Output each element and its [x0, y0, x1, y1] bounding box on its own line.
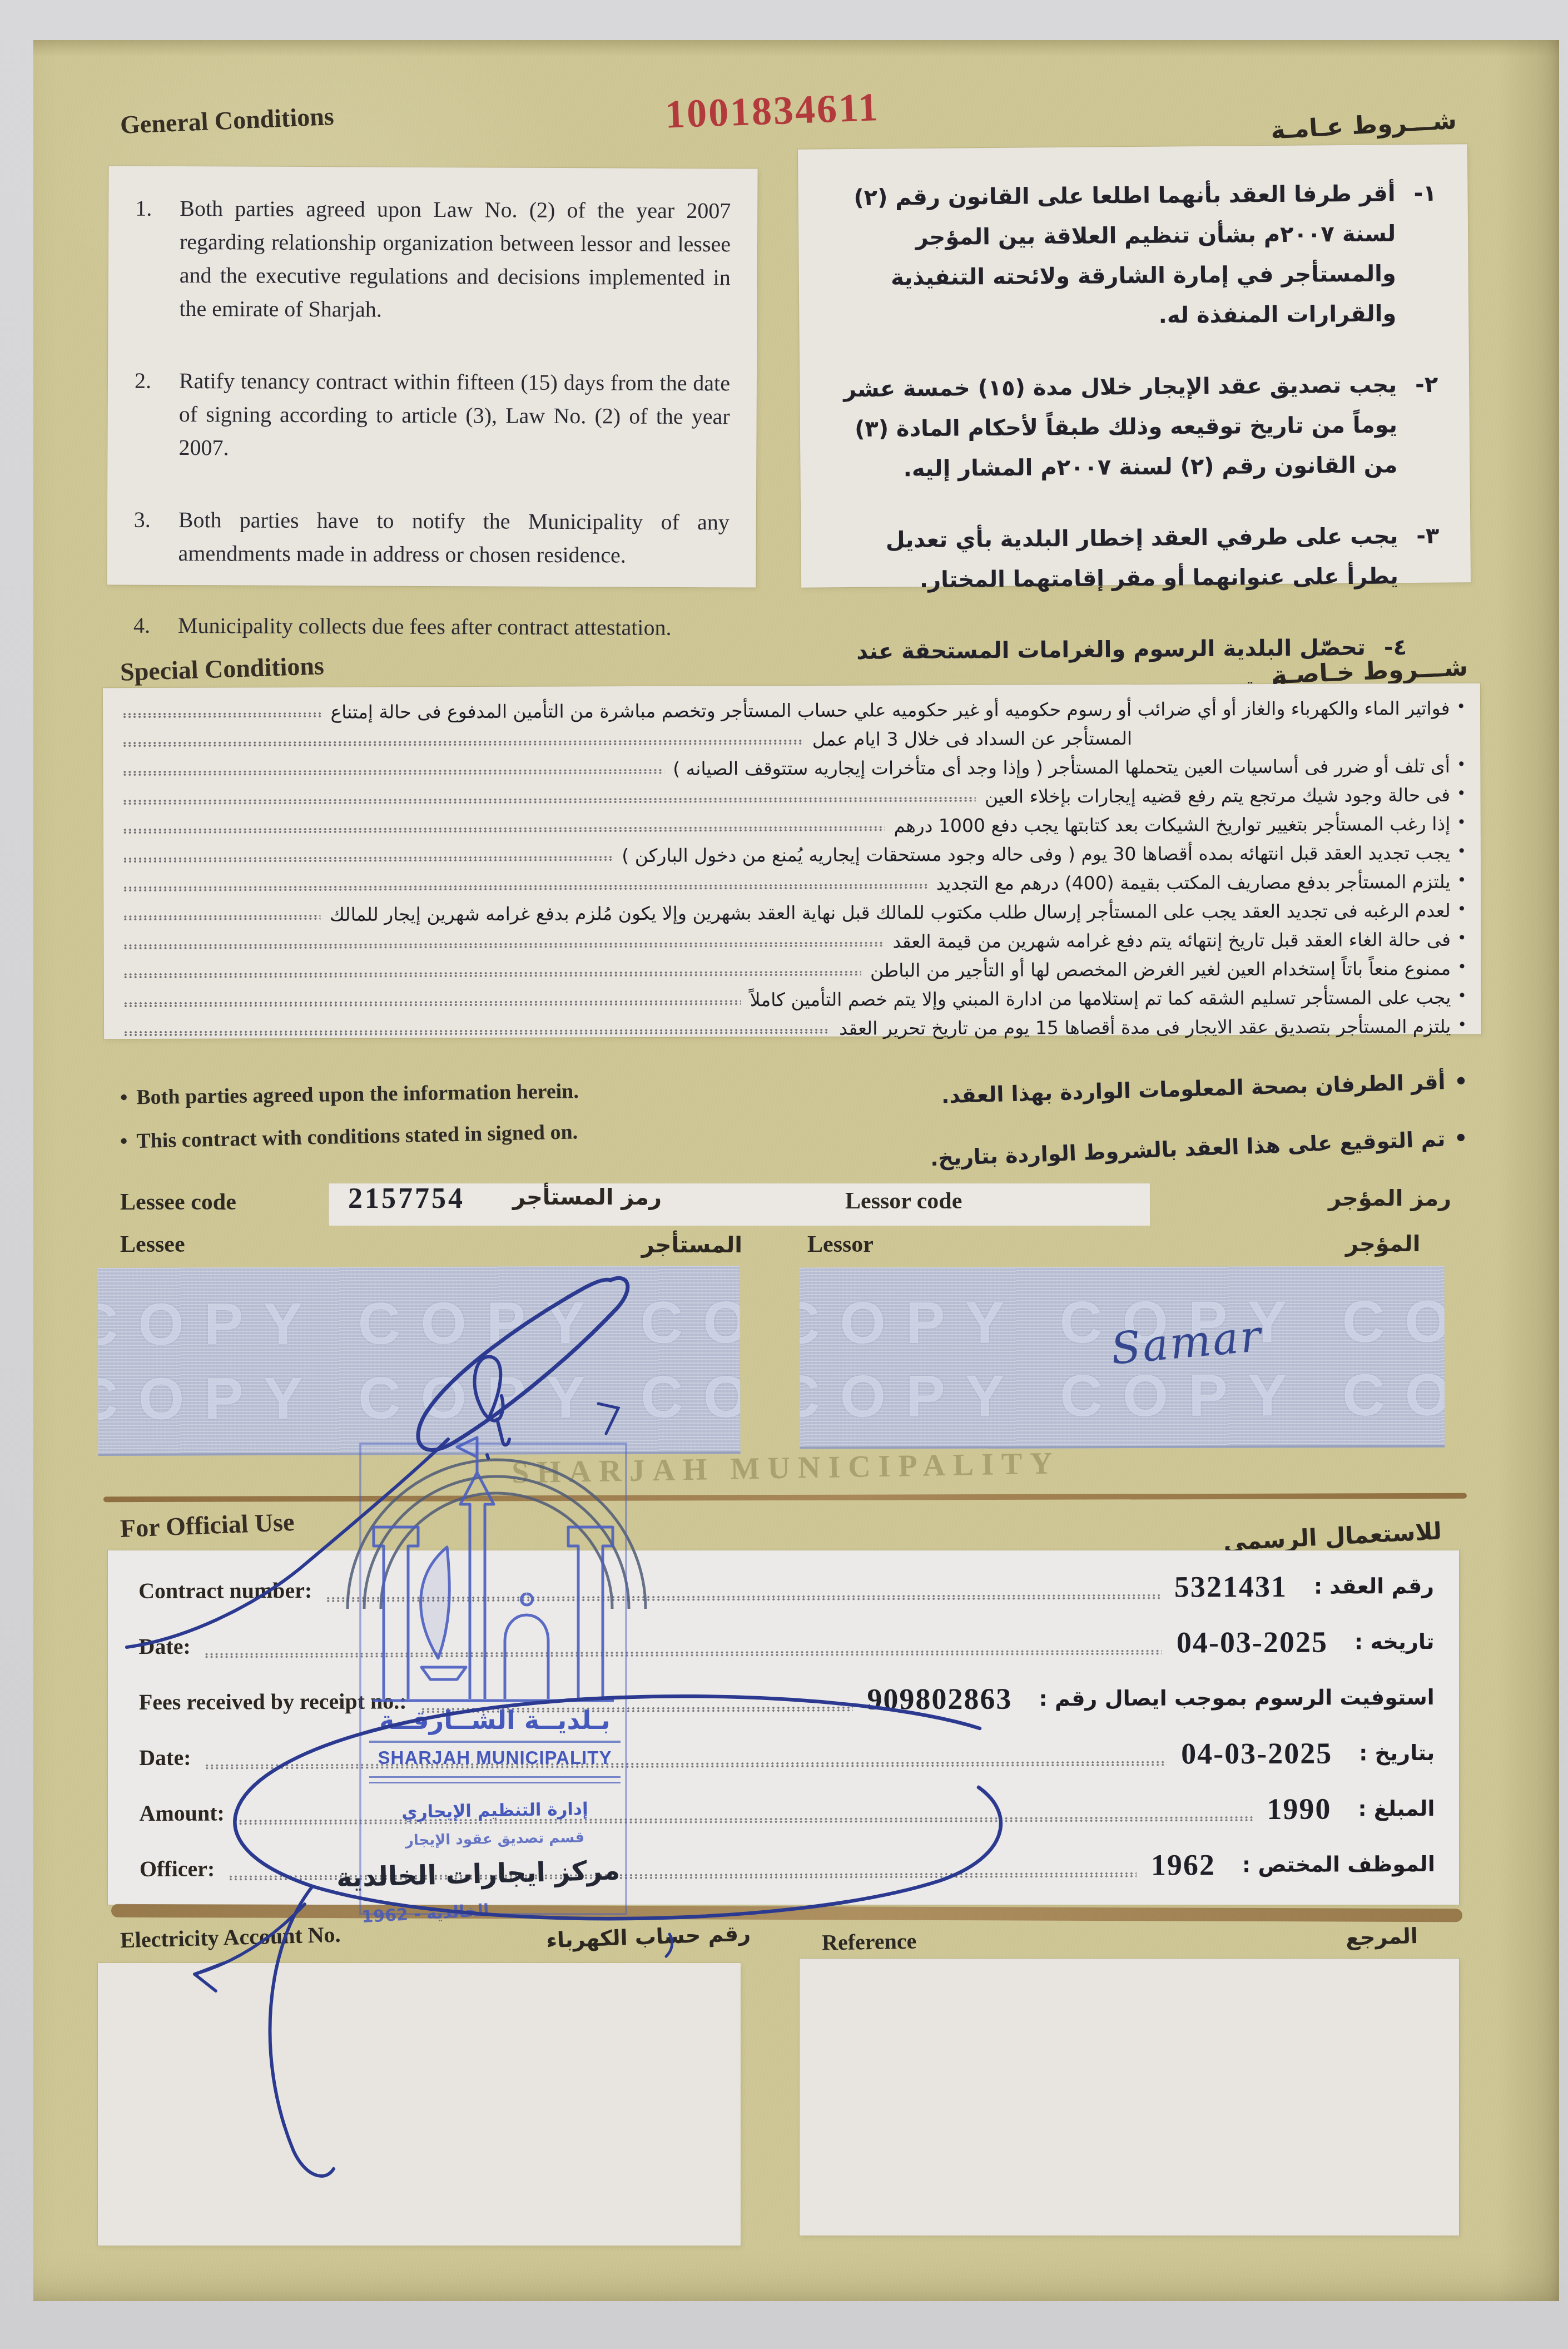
contract-number-value: 5321431	[1174, 1569, 1287, 1604]
dotted-leader	[124, 1000, 741, 1007]
bullet-icon: •	[1457, 873, 1467, 893]
item-number: ٣-	[1398, 516, 1440, 597]
lessor-signature-box: COPY COPY COPY COPY COPY COPY COPY COPY …	[800, 1266, 1445, 1449]
bullet-icon: •	[1457, 815, 1466, 835]
dotted-leader	[123, 740, 803, 747]
general-condition-item: 2. Ratify tenancy contract within fiftee…	[134, 364, 730, 467]
dotted-leader	[123, 769, 664, 776]
dotted-leader	[124, 971, 861, 979]
item-text: Both parties have to notify the Municipa…	[178, 503, 730, 572]
lessee-code-label-ar: رمز المستأجر	[517, 1185, 662, 1210]
item-number: 1.	[135, 192, 180, 325]
special-condition-line: •إذا رغب المستأجر بتغيير تواريخ الشيكات …	[118, 806, 1466, 839]
official-use-rows: Contract number: 5321431 رقم العقد : Dat…	[138, 1558, 1435, 1896]
lessee-label: Lessee	[120, 1231, 185, 1258]
amount-value: 1990	[1267, 1792, 1331, 1826]
receipt-date-value: 04-03-2025	[1181, 1736, 1332, 1771]
contract-number-red: 1001834611	[664, 84, 881, 137]
bullet-icon: •	[1457, 930, 1467, 950]
official-row-date: Date: 04-03-2025 تاريخه :	[138, 1614, 1434, 1674]
special-conditions-box: •فواتير الماء والكهرباء والغاز أو أي ضرا…	[103, 683, 1481, 1039]
item-number: ٢-	[1397, 365, 1439, 485]
bullet-icon: •	[1453, 1126, 1468, 1151]
reference-box	[800, 1959, 1459, 2236]
dotted-leader	[326, 1594, 1160, 1602]
bullet-icon: •	[1457, 1017, 1467, 1037]
dotted-leader	[123, 826, 885, 834]
general-condition-item: 1. Both parties agreed upon Law No. (2) …	[135, 192, 731, 328]
date-value: 04-03-2025	[1177, 1625, 1328, 1660]
general-condition-item: 4. Municipality collects due fees after …	[133, 609, 729, 645]
dotted-leader	[124, 1029, 830, 1036]
item-text: يجب على طرفي العقد إخطار البلدية بأي تعد…	[832, 516, 1398, 601]
bullet-icon: •	[1457, 786, 1466, 806]
bullet-icon: •	[1454, 1069, 1468, 1094]
special-condition-line: •لعدم الرغبه فى تجديد العقد يجب على المس…	[118, 893, 1466, 926]
dotted-leader	[123, 797, 976, 805]
bullet-icon: •	[1457, 757, 1466, 777]
dotted-leader	[124, 941, 884, 949]
special-condition-line: •ممنوع منعاً باتاً إستخدام العين لغير ال…	[118, 950, 1467, 984]
general-condition-item-ar: ١- أقر طرفا العقد بأنهما اطلعا على القان…	[829, 174, 1437, 339]
item-number: 3.	[133, 503, 178, 570]
special-condition-line: •يلتزم المستأجر بدفع مصاريف المكتب بقيمة…	[118, 864, 1466, 897]
general-condition-item: 3. Both parties have to notify the Munic…	[133, 503, 730, 573]
scanned-tenancy-contract-page: General Conditions 1001834611 شـــروط عـ…	[0, 0, 1568, 2349]
lessee-code-value: 2157754	[348, 1182, 465, 1215]
bullet-icon: •	[1456, 699, 1466, 719]
item-text: أقر طرفا العقد بأنهما اطلعا على القانون …	[829, 174, 1396, 338]
official-row-receipt-number: Fees received by receipt no.: 909802863 …	[139, 1669, 1435, 1729]
general-conditions-box-en: 1. Both parties agreed upon Law No. (2) …	[107, 166, 757, 587]
stamp-underline	[369, 1776, 621, 1778]
special-condition-line: •يجب على المستأجر تسليم الشقه كما تم إست…	[118, 979, 1467, 1013]
special-condition-line: •فى حالة الغاء العقد قبل تاريخ إنتهائه ي…	[118, 921, 1466, 955]
bullet-icon: •	[120, 1086, 128, 1110]
special-condition-line: •أى تلف أو ضرر فى أساسيات العين يتحملها …	[117, 748, 1466, 781]
dotted-leader	[123, 856, 613, 863]
general-conditions-box-ar: ١- أقر طرفا العقد بأنهما اطلعا على القان…	[798, 144, 1471, 587]
lessor-label: Lessor	[807, 1231, 874, 1258]
electricity-account-box	[98, 1963, 741, 2246]
bullet-icon: •	[1457, 988, 1467, 1008]
stamp-underline	[369, 1782, 621, 1783]
item-text: Municipality collects due fees after con…	[178, 609, 729, 645]
special-condition-line: •فواتير الماء والكهرباء والغاز أو أي ضرا…	[117, 690, 1466, 723]
officer-value: 1962	[1151, 1847, 1215, 1882]
dotted-leader	[123, 884, 927, 891]
lessee-label-ar: المستأجر	[631, 1232, 742, 1258]
lessee-signature-box: COPY COPY COPY COPY COPY COPY COPY COPY	[97, 1266, 740, 1456]
official-row-contract-number: Contract number: 5321431 رقم العقد :	[138, 1558, 1434, 1618]
bullet-icon: •	[1457, 959, 1467, 979]
copy-watermark: COPY COPY COPY COPY	[97, 1287, 740, 1359]
general-condition-item-ar: ٣- يجب على طرفي العقد إخطار البلدية بأي …	[832, 516, 1440, 601]
receipt-number-value: 909802863	[867, 1682, 1012, 1717]
item-number: 2.	[134, 364, 179, 464]
stamp-municipality-en: SHARJAH MUNICIPALITY	[360, 1747, 629, 1768]
special-condition-line: •فى حالة وجود شيك مرتجع يتم رفع قضيه إيج…	[117, 777, 1466, 810]
bullet-icon: •	[120, 1129, 128, 1153]
lessor-label-ar: المؤجر	[1346, 1231, 1446, 1257]
reference-label-en: Reference	[822, 1928, 917, 1956]
bullet-icon: •	[1457, 901, 1467, 921]
dotted-leader	[123, 712, 321, 718]
stamp-underline	[369, 1741, 621, 1743]
item-text: Ratify tenancy contract within fifteen (…	[178, 364, 730, 467]
item-number: 4.	[133, 609, 178, 642]
bullet-icon: •	[1457, 844, 1466, 864]
lessor-code-label: Lessor code	[845, 1188, 962, 1215]
dotted-leader	[123, 915, 320, 920]
lessor-code-label-ar: رمز المؤجر	[1351, 1186, 1451, 1211]
stamp-municipality-ar: بـلديــة الشــارقــة	[363, 1705, 627, 1735]
lessee-code-label: Lessee code	[120, 1189, 236, 1216]
official-row-receipt-date: Date: 04-03-2025 بتاريخ :	[139, 1725, 1435, 1785]
dotted-leader	[205, 1649, 1162, 1658]
item-number: ١-	[1395, 174, 1437, 334]
dotted-leader	[206, 1761, 1167, 1769]
special-condition-line: •يجب تجديد العقد قبل انتهائه بمده أقصاها…	[118, 835, 1466, 868]
reference-label-ar: المرجع	[1345, 1922, 1448, 1950]
official-row-amount: Amount: 1990 المبلغ :	[139, 1781, 1435, 1841]
special-condition-line: •يلتزم المستأجر بتصديق عقد الايجار فى مد…	[118, 1008, 1467, 1042]
item-text: يجب تصديق عقد الإيجار خلال مدة (١٥) خمسة…	[831, 365, 1398, 489]
general-condition-item-ar: ٢- يجب تصديق عقد الإيجار خلال مدة (١٥) خ…	[831, 365, 1439, 490]
item-text: Both parties agreed upon Law No. (2) of …	[179, 192, 731, 328]
special-condition-line: المستأجر عن السداد فى خلال 3 ايام عمل	[117, 719, 1466, 752]
copy-watermark: COPY COPY COPY COPY	[97, 1362, 740, 1433]
